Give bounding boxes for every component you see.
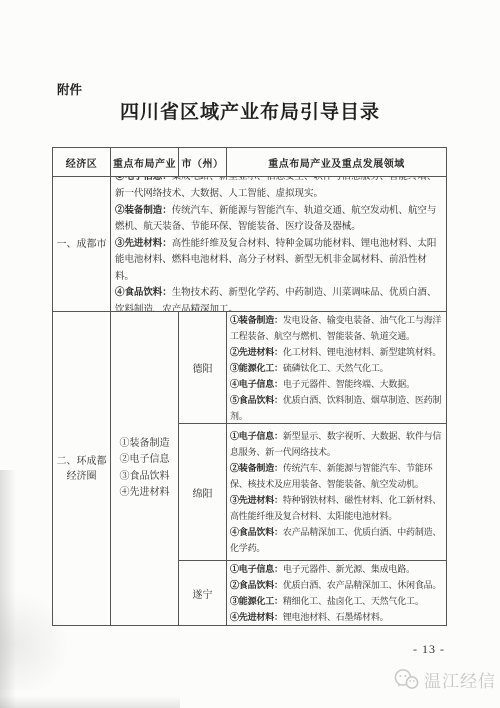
- scan-shadow-left: [0, 470, 16, 708]
- industry-list-item: ②电子信息: [120, 452, 170, 469]
- content-cell-chengdu: ①电子信息：集成电路、新型显示、信息安全、软件与信息服务、智能终端、新一代网络技…: [111, 177, 447, 312]
- item-label: ③能源化工：: [230, 363, 283, 373]
- content-cell-deyang: ①装备制造：发电设备、输变电装备、油气化工与海洋工程装备、航空与燃机、智能装备、…: [227, 312, 447, 424]
- item-label: ①电子信息：: [230, 431, 283, 441]
- industry-layout-table: 经济区 重点布局产业 市（州） 重点布局产业及重点发展领域 一、成都市 ①电子信…: [52, 147, 447, 626]
- city-cell-mianyang: 绵阳: [179, 424, 227, 561]
- item-text: 电子元器件、新光源、集成电路。: [283, 564, 415, 574]
- item-label: ④电子信息：: [230, 379, 283, 389]
- industry-list-item: ④先进材料: [120, 485, 170, 502]
- chat-bubbles-icon: [393, 668, 420, 691]
- document-title: 四川省区域产业布局引导目录: [0, 97, 500, 124]
- item-text: 锂电池材料、石墨烯材料。: [283, 612, 389, 622]
- item-label: ③先进材料：: [230, 495, 283, 505]
- city-cell-suining: 遂宁: [179, 561, 227, 626]
- industry-entry: ⑤食品饮料：优质白酒、饮料制造、烟草制造、医药制剂。: [230, 392, 443, 424]
- item-label: ④先进材料：: [230, 612, 283, 622]
- item-label: ③先进材料：: [115, 238, 172, 249]
- industry-entry: ①装备制造：发电设备、输变电装备、油气化工与海洋工程装备、航空与燃机、智能装备、…: [230, 312, 443, 344]
- header-city: 市（州）: [179, 148, 227, 177]
- item-label: ②先进材料：: [230, 347, 283, 357]
- item-label: ④食品饮料：: [115, 287, 172, 298]
- content-cell-suining: ①电子信息：电子元器件、新光源、集成电路。 ②食品饮料：优质白酒、农产品精深加工…: [227, 561, 447, 626]
- city-cell-deyang: 德阳: [179, 312, 227, 424]
- industry-entry: ④先进材料：锂电池材料、石墨烯材料。: [230, 609, 443, 625]
- item-label: ①装备制造：: [230, 315, 283, 325]
- industry-list-item: ③食品饮料: [120, 469, 170, 486]
- industry-entry: ③先进材料：高性能纤维及复合材料、特种金属功能材料、锂电池材料、太阳能电池材料、…: [115, 236, 442, 286]
- industry-entry: ②装备制造：传统汽车、新能源与智能汽车、轨道交通、航空发动机、航空与燃机、航天装…: [115, 203, 442, 236]
- item-label: ③能源化工：: [230, 596, 283, 606]
- item-label: ②装备制造：: [115, 205, 172, 216]
- watermark: 温江经信: [393, 667, 496, 692]
- page-number: - 13 -: [413, 642, 445, 657]
- item-label: ④食品饮料：: [230, 527, 283, 537]
- header-key-industries: 重点布局产业: [111, 148, 179, 177]
- item-label: ⑤食品饮料：: [230, 395, 283, 405]
- item-label: ①电子信息：: [115, 177, 172, 182]
- scan-shadow-bottom: [0, 696, 180, 708]
- industry-list-item: ①装备制造: [120, 436, 170, 453]
- item-label: ②食品饮料：: [230, 580, 283, 590]
- industry-entry: ①电子信息：新型显示、数字视听、大数据、软件与信息服务、新一代网络技术。: [230, 428, 443, 460]
- header-key-development-areas: 重点布局产业及重点发展领域: [227, 148, 447, 177]
- industry-entry: ①电子信息：集成电路、新型显示、信息安全、软件与信息服务、智能终端、新一代网络技…: [115, 177, 442, 203]
- item-text: 硫磷钛化工、天然气化工。: [283, 363, 389, 373]
- industry-entry: ③能源化工：硫磷钛化工、天然气化工。: [230, 360, 443, 376]
- industry-entry: ①电子信息：电子元器件、新光源、集成电路。: [230, 561, 443, 577]
- zone-cell-huanchengdu: 二、环成都经济圈: [53, 312, 111, 626]
- zone-cell-chengdu: 一、成都市: [53, 177, 111, 312]
- attachment-label: 附件: [57, 80, 82, 98]
- industry-list-huanchengdu: ①装备制造 ②电子信息 ③食品饮料 ④先进材料: [111, 312, 179, 626]
- header-economic-zone: 经济区: [53, 148, 111, 177]
- industry-entry: ④食品饮料：生物技术药、新型化学药、中药制造、川菜调味品、优质白酒、饮料制造、农…: [115, 285, 442, 312]
- industry-entry: ③先进材料：特种钢铁材料、磁性材料、化工新材料、高性能纤维及复合材料、太阳能电池…: [230, 492, 443, 524]
- item-text: 化工材料、锂电池材料、新型建筑材料。: [283, 347, 441, 357]
- industry-entry: ②先进材料：化工材料、锂电池材料、新型建筑材料。: [230, 344, 443, 360]
- industry-entry: ④食品饮料：农产品精深加工、优质白酒、中药制造、化学药。: [230, 524, 443, 556]
- item-text: 优质白酒、农产品精深加工、休闲食品。: [283, 580, 441, 590]
- item-text: 精细化工、盐卤化工、天然气化工。: [283, 596, 424, 606]
- industry-entry: ③能源化工：精细化工、盐卤化工、天然气化工。: [230, 593, 443, 609]
- scanned-document-page: { "document": { "attachment_label": "附件"…: [0, 0, 500, 708]
- item-label: ①电子信息：: [230, 564, 283, 574]
- item-text: 电子元器件、智能终端、大数据。: [283, 379, 415, 389]
- item-label: ②装备制造：: [230, 463, 283, 473]
- industry-entry: ②食品饮料：优质白酒、农产品精深加工、休闲食品。: [230, 577, 443, 593]
- industry-entry: ④电子信息：电子元器件、智能终端、大数据。: [230, 376, 443, 392]
- content-cell-mianyang: ①电子信息：新型显示、数字视听、大数据、软件与信息服务、新一代网络技术。 ②装备…: [227, 424, 447, 561]
- industry-entry: ②装备制造：传统汽车、新能源与智能汽车、节能环保、核技术及应用装备、智能装备、航…: [230, 460, 443, 492]
- watermark-text: 温江经信: [424, 667, 496, 692]
